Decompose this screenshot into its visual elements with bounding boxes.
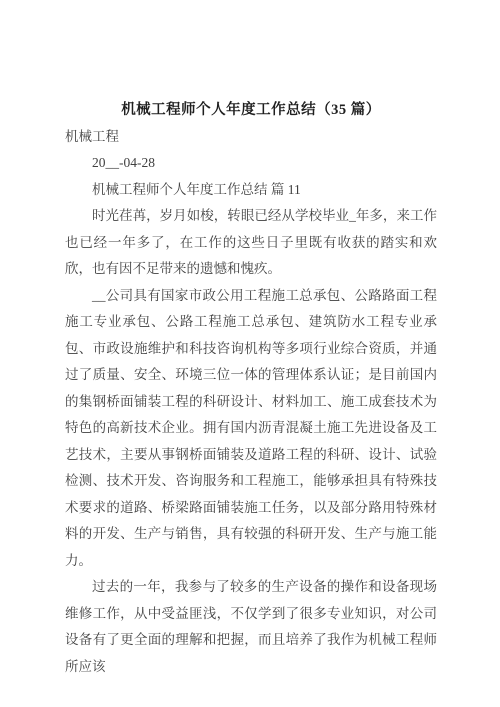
- date-label: 20__-04-28: [65, 150, 437, 177]
- paragraph-intro: 时光荏苒，岁月如梭，转眼已经从学校毕业_年多，来工作也已经一年多了，在工作的这些…: [65, 203, 437, 283]
- document-page: 机械工程师个人年度工作总结（35 篇） 机械工程 20__-04-28 机械工程…: [0, 0, 500, 707]
- document-title: 机械工程师个人年度工作总结（35 篇）: [65, 97, 437, 124]
- paragraph-past-year: 过去的一年，我参与了较多的生产设备的操作和设备现场维修工作，从中受益匪浅，不仅学…: [65, 574, 437, 680]
- section-title: 机械工程师个人年度工作总结 篇 11: [65, 177, 437, 204]
- paragraph-company-profile: __公司具有国家市政公用工程施工总承包、公路路面工程施工专业承包、公路工程施工总…: [65, 283, 437, 575]
- category-label: 机械工程: [65, 124, 437, 151]
